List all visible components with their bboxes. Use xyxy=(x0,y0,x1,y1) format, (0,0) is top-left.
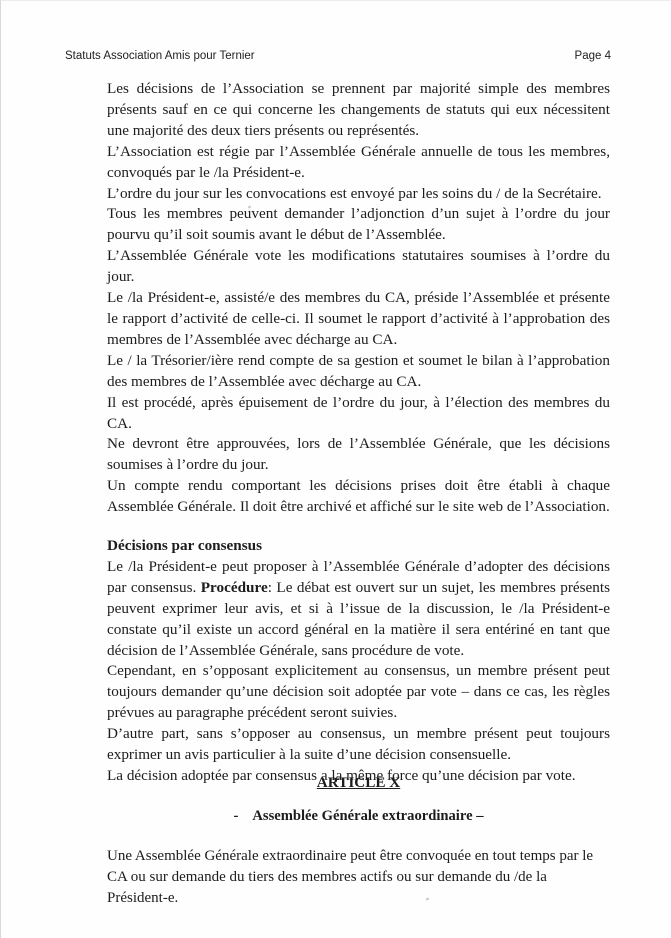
paragraph: Une Assemblée Générale extraordinaire pe… xyxy=(107,846,610,909)
consensus-section: Décisions par consensus Le /la Président… xyxy=(107,536,610,787)
procedure-label: Procédure xyxy=(201,579,268,596)
page-number: Page 4 xyxy=(575,50,611,62)
paragraph: L’Assemblée Générale vote les modificati… xyxy=(107,246,610,288)
paragraph: Les décisions de l’Association se prenne… xyxy=(107,79,610,142)
header-title: Statuts Association Amis pour Ternier xyxy=(65,50,255,62)
subtitle-text: Assemblée Générale extraordinaire – xyxy=(252,808,483,824)
paragraph: Ne devront être approuvées, lors de l’As… xyxy=(107,434,610,476)
article-subtitle: -Assemblée Générale extraordinaire – xyxy=(107,808,610,825)
paragraph: D’autre part, sans s’opposer au consensu… xyxy=(107,724,610,766)
document-page: Statuts Association Amis pour Ternier Pa… xyxy=(0,0,671,938)
paragraph: Le / la Trésorier/ière rend compte de sa… xyxy=(107,351,610,393)
paragraph: Cependant, en s’opposant explicitement a… xyxy=(107,661,610,724)
paragraph: Tous les membres peuvent demander l’adjo… xyxy=(107,204,610,246)
paragraph: L’ordre du jour sur les convocations est… xyxy=(107,184,610,205)
section-heading: Décisions par consensus xyxy=(107,536,610,557)
paragraph: Le /la Président-e, assisté/e des membre… xyxy=(107,288,610,351)
subtitle-dash: - xyxy=(233,808,238,824)
paragraph: Le /la Président-e peut proposer à l’Ass… xyxy=(107,557,610,662)
paragraph: Il est procédé, après épuisement de l’or… xyxy=(107,393,610,435)
paragraph: Un compte rendu comportant les décisions… xyxy=(107,476,610,518)
article-title: ARTICLE X xyxy=(107,774,610,792)
general-assembly-rules: Les décisions de l’Association se prenne… xyxy=(107,79,610,518)
extraordinary-assembly-text: Une Assemblée Générale extraordinaire pe… xyxy=(107,846,610,909)
paragraph: L’Association est régie par l’Assemblée … xyxy=(107,142,610,184)
